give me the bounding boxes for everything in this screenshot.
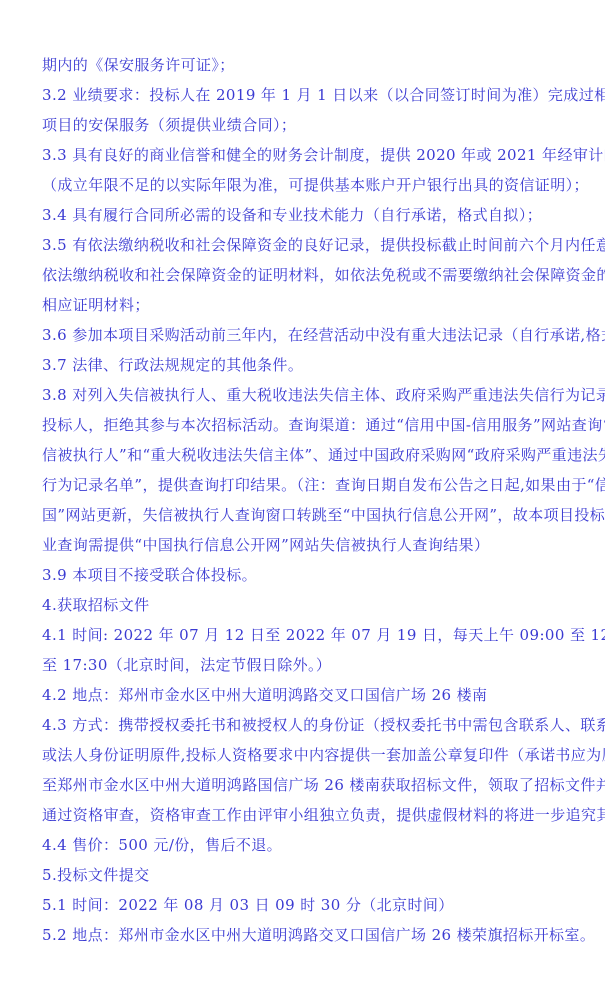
text-line: 4.2 地点：郑州市金水区中州大道明鸿路交叉口国信广场 26 楼南	[42, 680, 568, 710]
text-line: （成立年限不足的以实际年限为准，可提供基本账户开户银行出具的资信证明）；	[42, 170, 568, 200]
document-page: 期内的《保安服务许可证》；3.2 业绩要求：投标人在 2019 年 1 月 1 …	[0, 0, 605, 992]
text-line: 3.7 法律、行政法规规定的其他条件。	[42, 350, 568, 380]
text-line: 3.9 本项目不接受联合体投标。	[42, 560, 568, 590]
document-body: 期内的《保安服务许可证》；3.2 业绩要求：投标人在 2019 年 1 月 1 …	[42, 50, 568, 950]
text-line: 通过资格审查，资格审查工作由评审小组独立负责，提供虚假材料的将进一步追究其责任。	[42, 800, 568, 830]
text-line: 3.2 业绩要求：投标人在 2019 年 1 月 1 日以来（以合同签订时间为准…	[42, 80, 568, 110]
text-line: 或法人身份证明原件,投标人资格要求中内容提供一套加盖公章复印件（承诺书应为原件）	[42, 740, 568, 770]
text-line: 业查询需提供“中国执行信息公开网”网站失信被执行人查询结果）	[42, 530, 568, 560]
text-line: 至 17:30（北京时间，法定节假日除外。）	[42, 650, 568, 680]
text-line: 4.3 方式：携带授权委托书和被授权人的身份证（授权委托书中需包含联系人、联系方…	[42, 710, 568, 740]
text-line: 4.4 售价：500 元/份，售后不退。	[42, 830, 568, 860]
text-line: 至郑州市金水区中州大道明鸿路国信广场 26 楼南获取招标文件，领取了招标文件并不…	[42, 770, 568, 800]
text-line: 3.8 对列入失信被执行人、重大税收违法失信主体、政府采购严重违法失信行为记录名…	[42, 380, 568, 410]
text-line: 行为记录名单”，提供查询打印结果。（注：查询日期自发布公告之日起,如果由于“信用…	[42, 470, 568, 500]
text-line: 信被执行人”和“重大税收违法失信主体”、通过中国政府采购网“政府采购严重违法失信	[42, 440, 568, 470]
text-line: 3.5 有依法缴纳税收和社会保障资金的良好记录，提供投标截止时间前六个月内任意一…	[42, 230, 568, 260]
text-line: 国”网站更新，失信被执行人查询窗口转跳至“中国执行信息公开网”，故本项目投标人企	[42, 500, 568, 530]
text-line: 项目的安保服务（须提供业绩合同）；	[42, 110, 568, 140]
text-line: 3.3 具有良好的商业信誉和健全的财务会计制度，提供 2020 年或 2021 …	[42, 140, 568, 170]
text-line: 3.6 参加本项目采购活动前三年内，在经营活动中没有重大违法记录（自行承诺,格式…	[42, 320, 568, 350]
text-line: 4.1 时间: 2022 年 07 月 12 日至 2022 年 07 月 19…	[42, 620, 568, 650]
text-line: 3.4 具有履行合同所必需的设备和专业技术能力（自行承诺，格式自拟）；	[42, 200, 568, 230]
text-line: 5.1 时间：2022 年 08 月 03 日 09 时 30 分（北京时间）	[42, 890, 568, 920]
text-line: 5.2 地点：郑州市金水区中州大道明鸿路交叉口国信广场 26 楼荣旗招标开标室。	[42, 920, 568, 950]
text-line: 5.投标文件提交	[42, 860, 568, 890]
text-line: 期内的《保安服务许可证》；	[42, 50, 568, 80]
text-line: 投标人，拒绝其参与本次招标活动。查询渠道：通过“信用中国-信用服务”网站查询“失	[42, 410, 568, 440]
text-line: 依法缴纳税收和社会保障资金的证明材料，如依法免税或不需要缴纳社会保障资金的，提供	[42, 260, 568, 290]
text-line: 4.获取招标文件	[42, 590, 568, 620]
text-line: 相应证明材料；	[42, 290, 568, 320]
